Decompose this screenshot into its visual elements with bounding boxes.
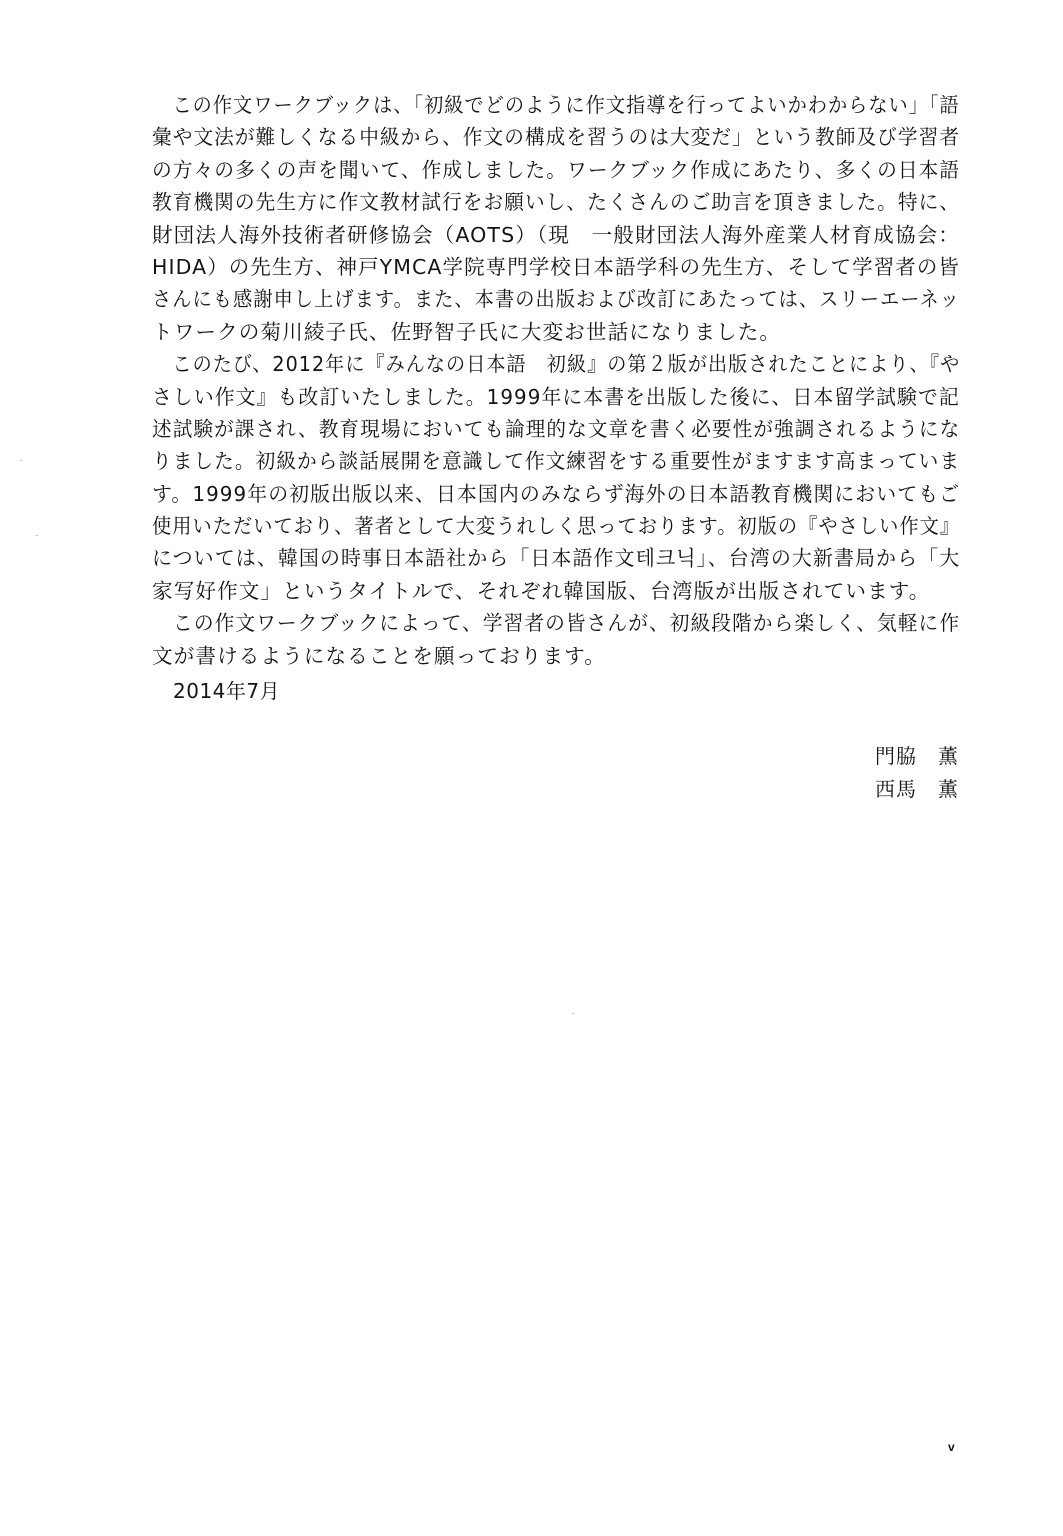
paragraph-1-line-3: の方々の多くの声を聞いて、作成しました。ワークブック作成にあたり、多くの日本語 (152, 154, 926, 186)
paragraph-3-line-1: この作文ワークブックによって、学習者の皆さんが、初級段階から楽しく、気軽に作 (152, 607, 926, 639)
author-name: 門脇 薫 (875, 740, 959, 773)
paragraph-2-line-3: 述試験が課され、教育現場においても論理的な文章を書く必要性が強調されるようにな (152, 413, 923, 445)
paragraph-1-line-7: さんにも感謝申し上げます。また、本書の出版および改訂にあたっては、スリーエーネッ (152, 283, 907, 315)
paragraph-2-line-1: このたび、2012年に『みんなの日本語 初級』の第２版が出版されたことにより、『… (152, 348, 902, 380)
paragraph-2-line-5: す。1999年の初版出版以来、日本国内のみならず海外の日本語教育機関においてもご (152, 478, 933, 510)
scan-speck (36, 535, 38, 536)
document-page: この作文ワークブックは、「初級でどのように作文指導を行ってよいかわからない」「語… (0, 0, 1063, 1536)
paragraph-1-line-1: この作文ワークブックは、「初級でどのように作文指導を行ってよいかわからない」「語 (152, 89, 904, 121)
scan-speck (20, 460, 22, 461)
author-signatures: 門脇 薫 西馬 薫 (875, 740, 959, 806)
paragraph-2-line-6: 使用いただいており、著者として大変うれしく思っております。初版の『やさしい作文』 (152, 510, 906, 542)
preface-date: 2014年7月 (173, 676, 280, 706)
page-number: v (948, 1440, 955, 1454)
paragraph-3-line-2: 文が書けるようになることを願っております。 (152, 640, 960, 672)
paragraph-2-line-7: については、韓国の時事日本語社から「日本語作文테크닉」、台湾の大新書局から「大 (152, 542, 936, 574)
paragraph-2-line-2: さしい作文』も改訂いたしました。1999年に本書を出版した後に、日本留学試験で記 (152, 381, 931, 413)
paragraph-1-line-8: トワークの菊川綾子氏、佐野智子氏に大変お世話になりました。 (152, 316, 960, 348)
preface-body: この作文ワークブックは、「初級でどのように作文指導を行ってよいかわからない」「語… (152, 89, 960, 672)
paragraph-1-line-5: 財団法人海外技術者研修協会（AOTS）（現 一般財団法人海外産業人材育成協会： (152, 219, 959, 251)
paragraph-2-line-4: りました。初級から談話展開を意識して作文練習をする重要性がますます高まっていま (152, 445, 924, 477)
scan-speck (572, 1013, 574, 1014)
paragraph-1-line-2: 彙や文法が難しくなる中級から、作文の構成を習うのは大変だ」という教師及び学習者 (152, 121, 924, 153)
paragraph-1-line-4: 教育機関の先生方に作文教材試行をお願いし、たくさんのご助言を頂きました。特に、 (152, 186, 924, 218)
author-name: 西馬 薫 (875, 773, 959, 806)
paragraph-1-line-6: HIDA）の先生方、神戸YMCA学院専門学校日本語学科の先生方、そして学習者の皆 (152, 251, 955, 283)
paragraph-2-line-8: 家写好作文」というタイトルで、それぞれ韓国版、台湾版が出版されています。 (152, 575, 960, 607)
